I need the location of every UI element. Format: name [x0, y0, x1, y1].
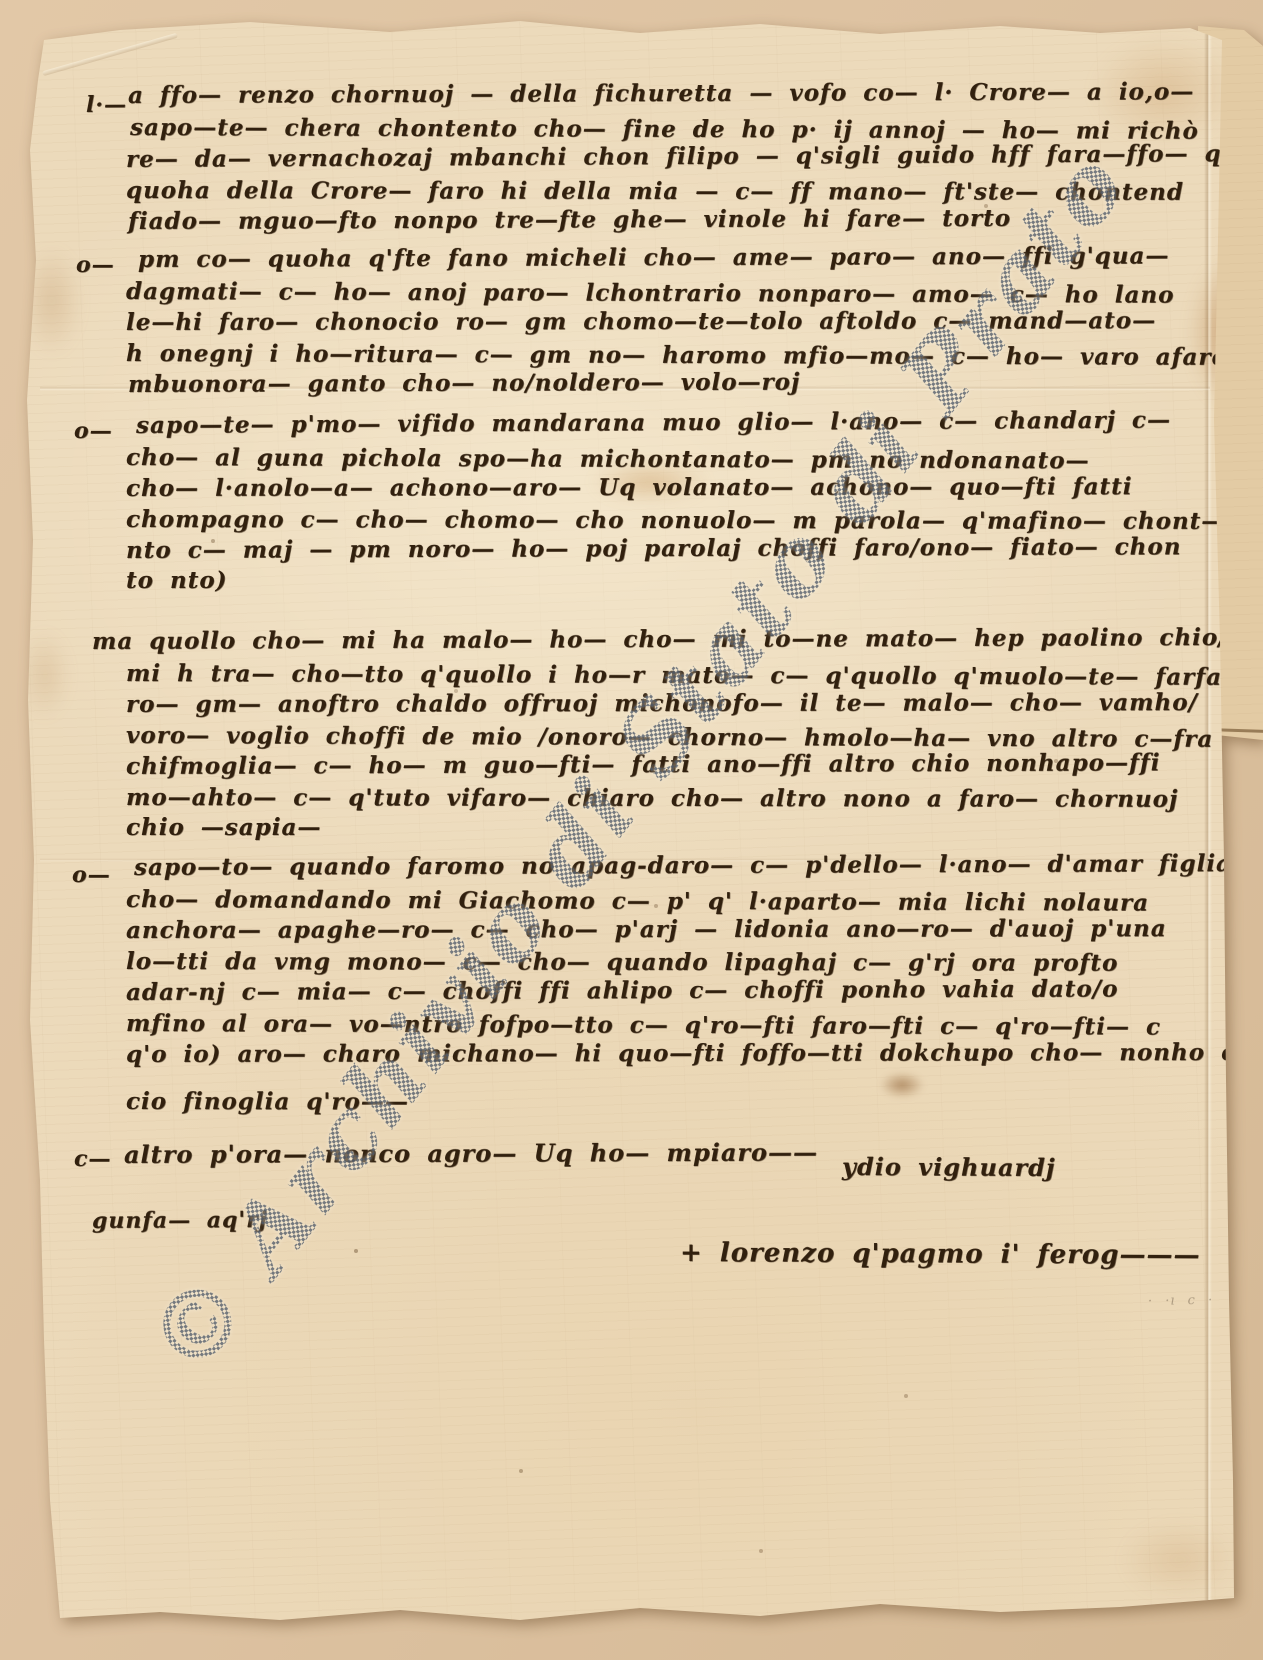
handwriting-line: a ffo— renzo chornuoj — della fichuretta… — [128, 78, 1194, 109]
handwriting-line: cho— l·anolo—a— achono—aro— Uq volanato—… — [126, 473, 1133, 502]
handwriting-line: adar-nj c— mia— c— choffi ffi ahlipo c— … — [126, 976, 1119, 1006]
handwriting-line: to nto) — [126, 567, 228, 594]
paragraph-marker: o— — [74, 418, 113, 444]
handwriting-line: sapo—te— p'mo— vifido mandarana muo glio… — [136, 407, 1171, 439]
handwriting-line: nto c— maj — pm noro— ho— poj parolaj ch… — [126, 533, 1182, 564]
handwriting-line: sapo—to— quando faromo no apag-daro— c— … — [134, 850, 1232, 881]
handwriting-line: cho— domandando mi Giachomo c— p' q' l·a… — [126, 886, 1149, 917]
paragraph-marker: c— — [74, 1146, 111, 1172]
handwriting-line: chompagno c— cho— chomo— cho nonuolo— m … — [126, 506, 1225, 535]
handwriting-line: sapo—te— chera chontento cho— fine de ho… — [130, 114, 1199, 145]
scan-background: l·—a ffo— renzo chornuoj — della fichure… — [0, 0, 1263, 1660]
handwriting-line: mbuonora— ganto cho— no/noldero— volo—ro… — [128, 369, 800, 398]
handwriting-line: fiado— mguo—fto nonpo tre—fte ghe— vinol… — [128, 205, 1011, 235]
handwriting-line: chio —sapia— — [126, 814, 321, 841]
paragraph-marker: l·— — [86, 92, 127, 118]
paper-specks — [0, 0, 2, 2]
handwriting-line: h onegnj i ho—ritura— c— gm no— haromo m… — [126, 340, 1252, 371]
handwriting-line: lo—tti da vmg mono— c— cho— quando lipag… — [126, 948, 1118, 977]
paragraph-marker: o— — [72, 862, 111, 888]
handwriting-line: q'o io) aro— charo michano— hi quo—fti f… — [126, 1039, 1263, 1068]
closing-line: ydio vighuardj — [842, 1152, 1056, 1182]
signature-line: + lorenzo q'pagmo i' ferog——— — [680, 1238, 1201, 1271]
paper-shadow: l·—a ffo— renzo chornuoj — della fichure… — [0, 0, 1263, 1660]
closing-line: altro p'ora— nonco agro— Uq ho— mpiaro—— — [124, 1138, 818, 1169]
pencil-note: · ·ı c · — [1148, 1293, 1213, 1309]
paragraph-marker: o— — [76, 252, 115, 278]
handwriting-line: mfino al ora— vo—ntro fofpo—tto c— q'ro—… — [126, 1010, 1161, 1041]
handwriting-line: anchora— apaghe—ro— c— cho— p'arj — lido… — [126, 915, 1167, 944]
